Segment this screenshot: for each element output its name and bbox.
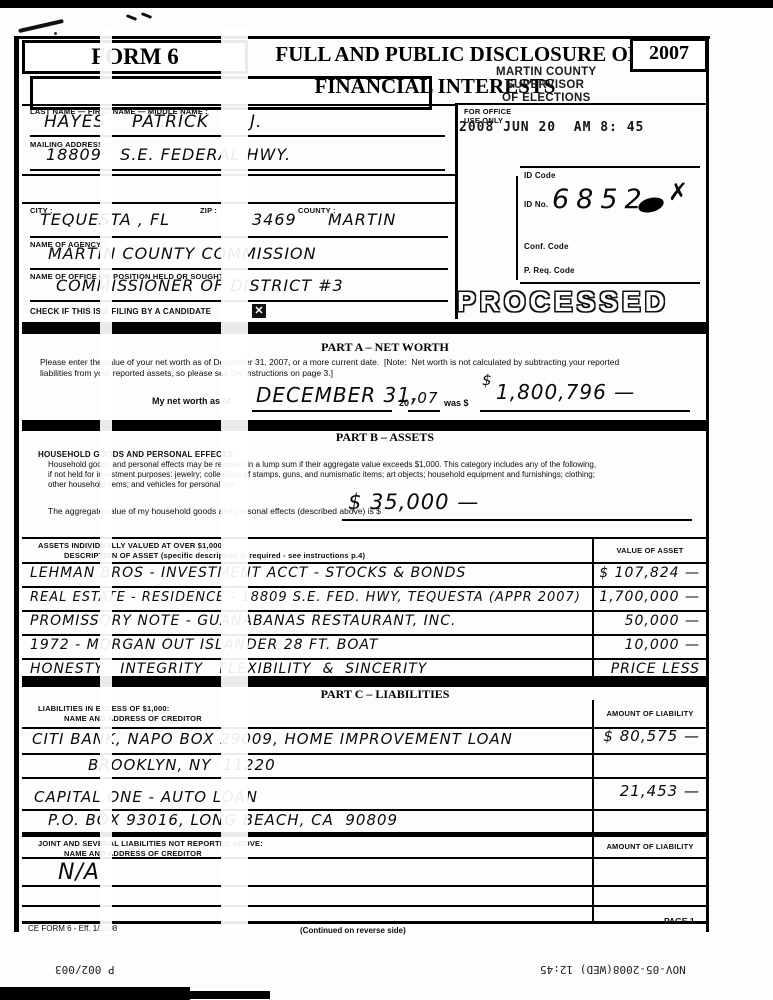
household-goods-line2: if not held for investment purposes: jew… bbox=[48, 470, 595, 480]
id-no-value: 6852 bbox=[552, 184, 649, 215]
aggregate-underline bbox=[342, 519, 692, 521]
joint-row-rule bbox=[22, 905, 708, 907]
part-a-instructions-line2: liabilities from your reported assets, s… bbox=[40, 368, 333, 379]
zip-label: ZIP : bbox=[200, 206, 217, 215]
joint-row-rule bbox=[22, 885, 708, 887]
net-worth-value: 1,800,796 — bbox=[496, 380, 635, 404]
section-divider-bar bbox=[22, 322, 708, 334]
part-a-title: PART A – NET WORTH bbox=[250, 340, 520, 355]
asset-row-description: LEHMAN BROS - INVESTMENT ACCT - STOCKS &… bbox=[30, 565, 466, 581]
asset-row-description: 1972 - MORGAN OUT ISLANDER 28 FT. BOAT bbox=[30, 637, 379, 653]
amount-of-liability-header: AMOUNT OF LIABILITY bbox=[596, 709, 704, 718]
net-worth-year-print: 20 bbox=[399, 398, 409, 409]
asset-row-value: 50,000 — bbox=[594, 613, 700, 629]
year-label: 2007 bbox=[630, 42, 708, 65]
joint-amount-header: AMOUNT OF LIABILITY bbox=[596, 842, 704, 851]
fax-datetime: NOV-05-2008(WED) 12:45 bbox=[540, 963, 686, 976]
value-of-asset-header: VALUE OF ASSET bbox=[596, 546, 704, 555]
asset-row-rule bbox=[22, 586, 708, 588]
date-underline bbox=[252, 410, 392, 412]
form-top-border bbox=[14, 36, 710, 39]
asset-row-description: REAL ESTATE - RESIDENCE - 18809 S.E. FED… bbox=[30, 590, 581, 605]
liability-row-rule bbox=[22, 777, 708, 779]
scan-bottom-bar-taper bbox=[190, 991, 270, 999]
p-req-code-line bbox=[520, 282, 700, 284]
county-value: MARTIN bbox=[328, 210, 396, 229]
id-no-label: ID No. bbox=[524, 200, 548, 209]
first-name-value: PATRICK bbox=[132, 112, 209, 132]
conf-code-label: Conf. Code bbox=[524, 242, 569, 251]
asset-row-rule bbox=[22, 610, 708, 612]
page-number: PAGE 1 bbox=[664, 916, 695, 927]
id-code-line bbox=[520, 166, 700, 168]
candidate-checkbox: ✕ bbox=[252, 304, 266, 318]
joint-header-rule bbox=[22, 857, 708, 859]
scan-white-band bbox=[100, 28, 112, 935]
net-worth-underline bbox=[480, 410, 690, 412]
net-worth-year-value: -07 bbox=[411, 389, 439, 407]
assets-table-top-rule bbox=[22, 537, 708, 539]
scan-top-bar bbox=[0, 0, 773, 8]
net-worth-was-label: was $ bbox=[444, 398, 469, 409]
part-a-instructions-line1: Please enter the value of your net worth… bbox=[40, 357, 619, 368]
last-name-value: HAYES bbox=[44, 112, 105, 132]
assets-header-rule bbox=[22, 562, 708, 564]
liability-row-amount: $ 80,575 — bbox=[594, 727, 700, 745]
zip-value: 3469 bbox=[252, 210, 297, 229]
id-code-label: ID Code bbox=[524, 171, 556, 180]
liabilities-subheading: NAME AND ADDRESS OF CREDITOR bbox=[64, 714, 202, 723]
fax-page-count: P 002/003 bbox=[55, 963, 115, 976]
net-worth-prefix: My net worth as of bbox=[152, 396, 231, 407]
year-underline bbox=[408, 410, 440, 412]
form-title-line1: FULL AND PUBLIC DISCLOSURE OF bbox=[248, 42, 668, 67]
candidate-filing-label: CHECK IF THIS IS A FILING BY A CANDIDATE bbox=[30, 307, 211, 316]
id-no-scribble: ✗ bbox=[668, 178, 689, 206]
liability-row-amount: 21,453 — bbox=[594, 782, 700, 800]
processed-stamp: PROCESSED bbox=[457, 286, 669, 318]
asset-row-value: 10,000 — bbox=[594, 637, 700, 653]
asset-row-rule bbox=[22, 658, 708, 660]
asset-row-rule bbox=[22, 634, 708, 636]
net-worth-date-value: DECEMBER 31, bbox=[256, 383, 418, 407]
elections-stamp-line2: SUPERVISOR bbox=[506, 79, 584, 92]
office-use-label-line1: FOR OFFICE bbox=[464, 107, 511, 116]
mailing-address-value: 18809 S.E. FEDERAL HWY. bbox=[46, 145, 291, 164]
household-goods-line1: Household goods and personal effects may… bbox=[48, 460, 596, 470]
scanned-form-page: FORM 6 FULL AND PUBLIC DISCLOSURE OF FIN… bbox=[0, 0, 773, 1000]
joint-amount-col-rule bbox=[592, 835, 594, 921]
asset-row-value: PRICE LESS bbox=[594, 661, 700, 677]
elections-stamp-line3: OF ELECTIONS bbox=[502, 92, 591, 105]
received-datetime-stamp: 2008 JUN 20 AM 8: 45 bbox=[459, 120, 644, 135]
form-bottom-rule bbox=[22, 921, 708, 924]
joint-liability-value: N/A bbox=[58, 860, 100, 885]
form-left-border bbox=[14, 36, 19, 932]
part-c-title: PART C – LIABILITIES bbox=[250, 687, 520, 702]
p-req-code-label: P. Req. Code bbox=[524, 266, 575, 275]
joint-section-top-rule bbox=[22, 834, 708, 837]
elections-stamp-line1: MARTIN COUNTY bbox=[496, 66, 596, 79]
liability-row-rule bbox=[22, 753, 708, 755]
pen-dot bbox=[54, 32, 57, 35]
part-b-title: PART B – ASSETS bbox=[250, 430, 520, 445]
household-goods-line3: other household items; and vehicles for … bbox=[48, 480, 237, 490]
scan-bottom-bar bbox=[0, 987, 190, 1000]
middle-name-value: J. bbox=[250, 112, 262, 132]
assets-value-col-rule bbox=[592, 537, 594, 678]
section-divider-bar bbox=[22, 676, 708, 687]
assets-table-heading: ASSETS INDIVIDUALLY VALUED AT OVER $1,00… bbox=[38, 541, 225, 550]
household-goods-heading: HOUSEHOLD GOODS AND PERSONAL EFFECTS: bbox=[38, 450, 236, 459]
pen-tick bbox=[141, 12, 152, 19]
pen-tick bbox=[126, 14, 137, 21]
aggregate-value: $ 35,000 — bbox=[348, 490, 479, 514]
liabilities-amount-col-rule bbox=[592, 700, 594, 834]
id-fields-left-rule bbox=[516, 176, 518, 280]
asset-row-value: 1,700,000 — bbox=[594, 589, 700, 605]
continued-note: (Continued on reverse side) bbox=[300, 926, 406, 936]
aggregate-value-prefix: The aggregate value of my household good… bbox=[48, 506, 381, 517]
pen-mark bbox=[18, 19, 64, 33]
asset-row-value: $ 107,824 — bbox=[594, 565, 700, 581]
form-number-label: FORM 6 bbox=[22, 44, 248, 70]
net-worth-dollar-mark: $ bbox=[482, 371, 493, 389]
agency-value: MARTIN COUNTY COMMISSION bbox=[48, 244, 317, 263]
scan-white-band bbox=[221, 28, 248, 935]
